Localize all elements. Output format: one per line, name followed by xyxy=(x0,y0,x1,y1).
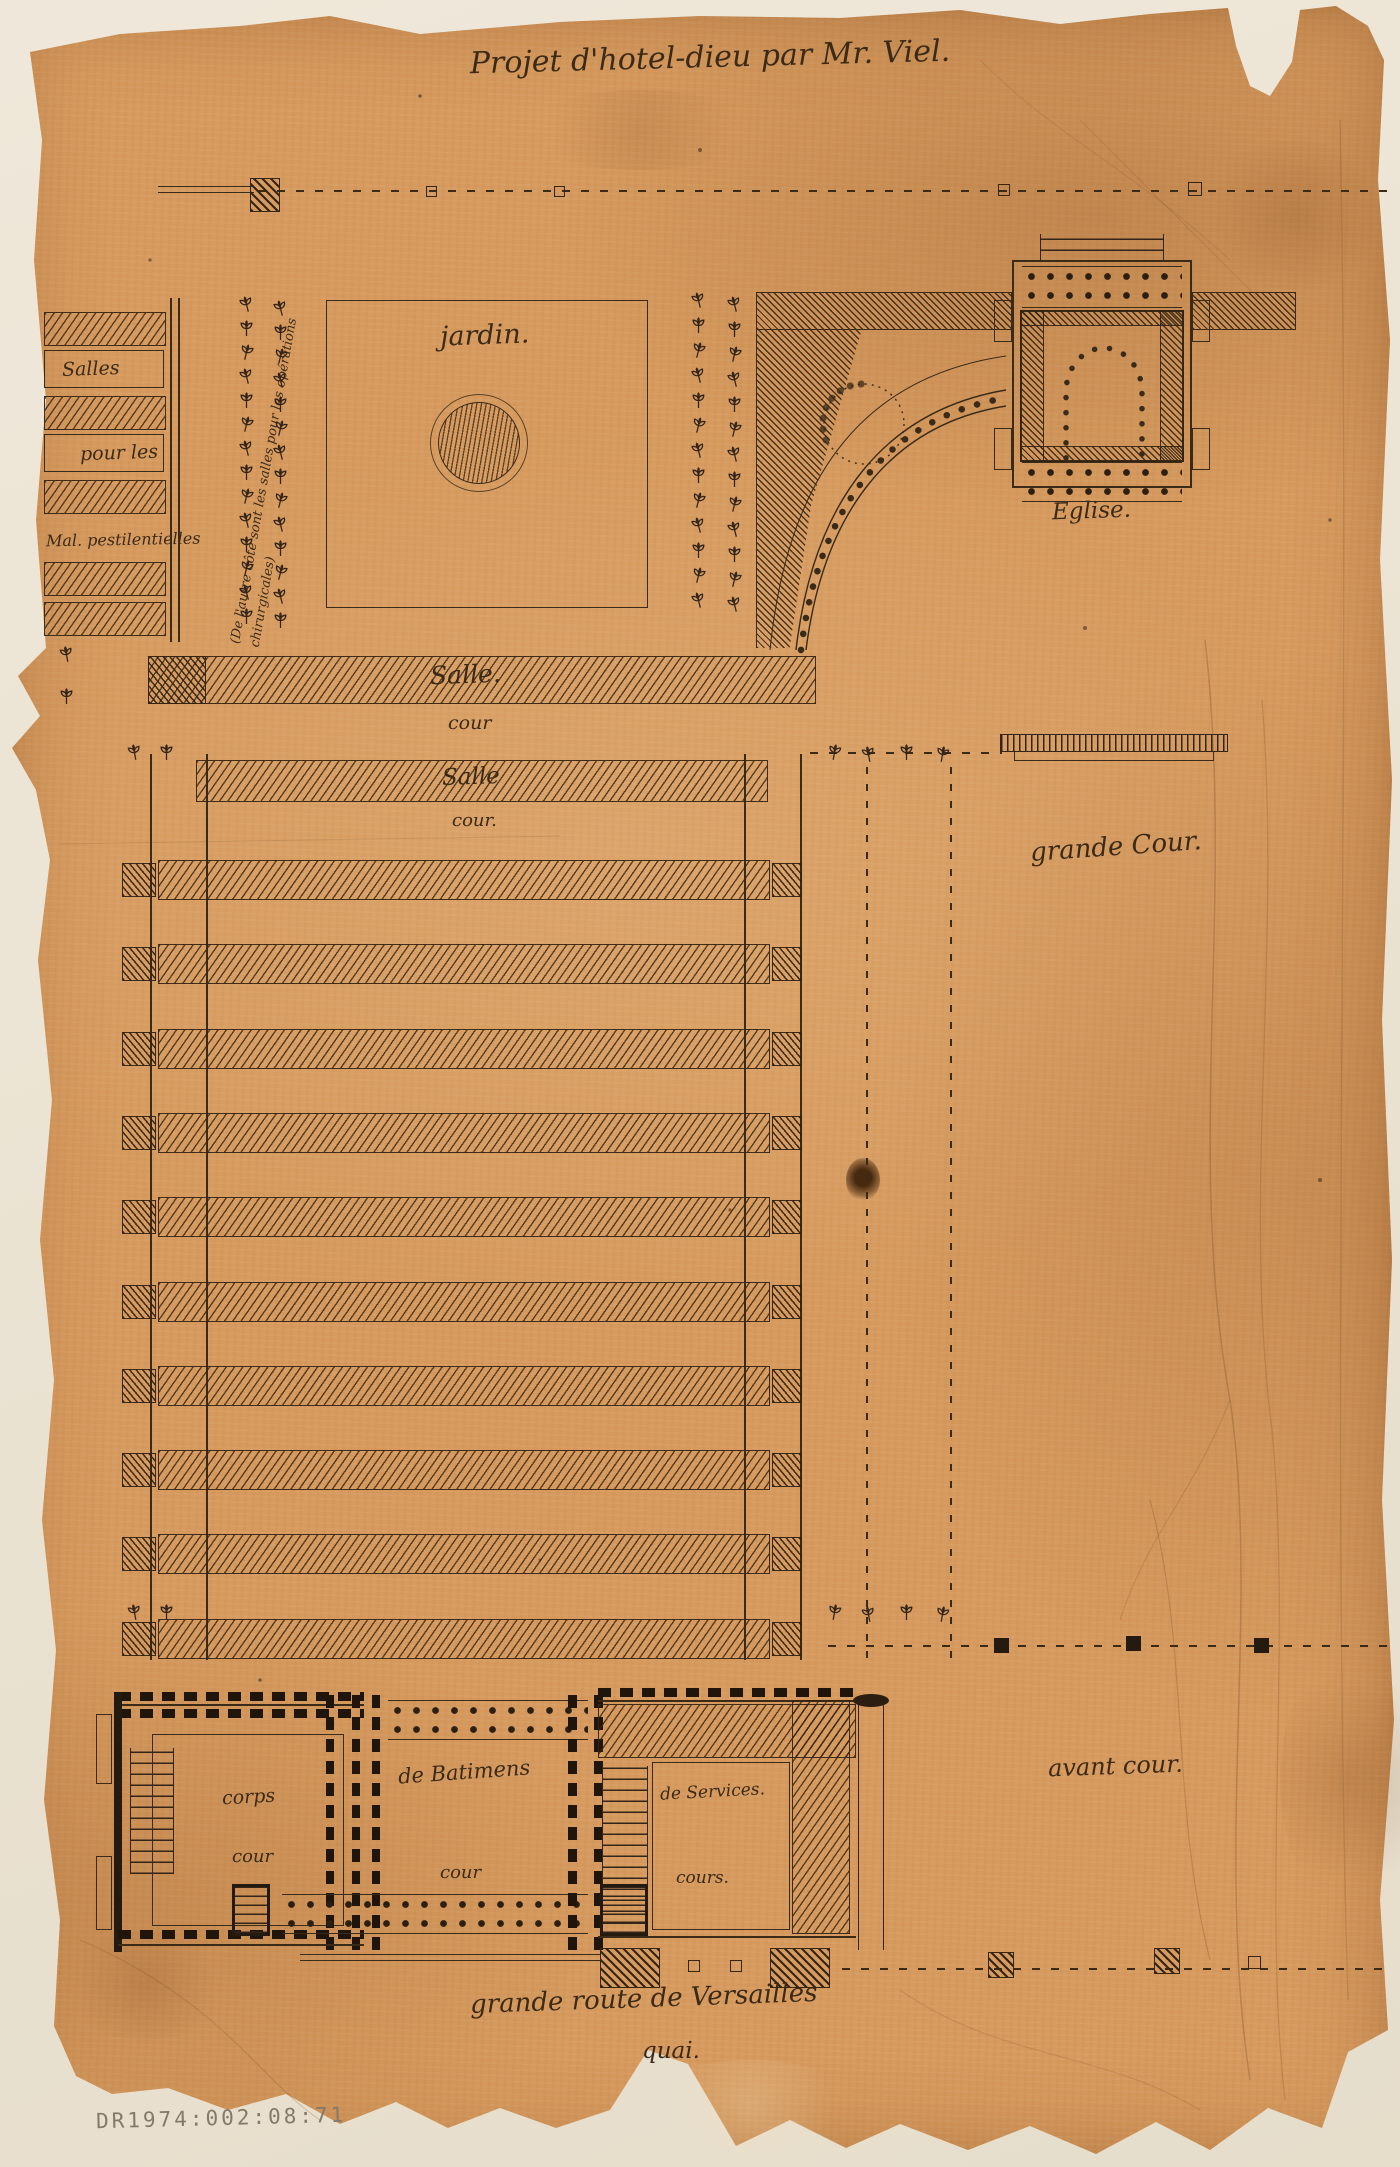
apse-columns xyxy=(823,384,864,440)
church-apse-columns xyxy=(1066,348,1142,458)
colonnade-arc-columns xyxy=(801,398,1006,650)
ink-overlay xyxy=(0,0,1400,2167)
scanned-drawing: Projet d'hotel-dieu par Mr. Viel. jardin… xyxy=(0,0,1400,2167)
colonnade-arc-outer xyxy=(770,356,1006,650)
paper-wrinkles xyxy=(60,60,1348,2120)
colonnade-arc xyxy=(796,390,1006,650)
ink-freckles xyxy=(148,94,1331,1682)
